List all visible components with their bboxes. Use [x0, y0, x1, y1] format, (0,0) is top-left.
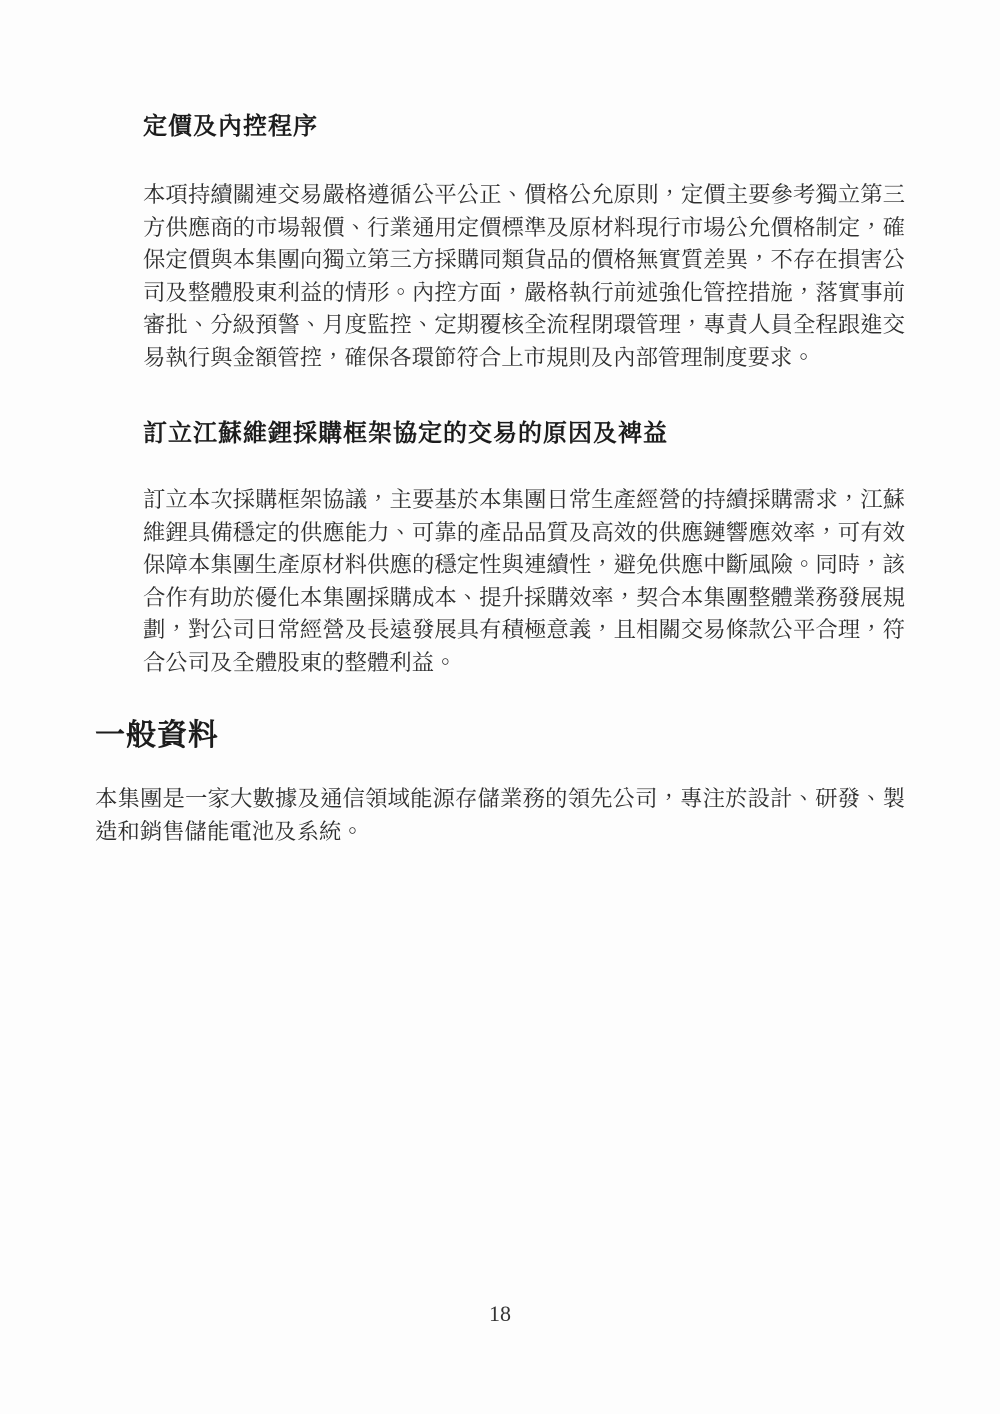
- section-paragraph-pricing-internal-control: 本項持續關連交易嚴格遵循公平公正、價格公允原則，定價主要參考獨立第三方供應商的市…: [143, 179, 905, 374]
- page-content: 定價及內控程序 本項持續關連交易嚴格遵循公平公正、價格公允原則，定價主要參考獨立…: [0, 0, 1000, 848]
- section-reasons-benefits: 訂立江蘇維鋰採購框架協定的交易的原因及裨益 訂立本次採購框架協議，主要基於本集團…: [143, 420, 905, 679]
- section-heading-reasons-benefits: 訂立江蘇維鋰採購框架協定的交易的原因及裨益: [143, 420, 905, 448]
- section-paragraph-general-information: 本集團是一家大數據及通信領域能源存儲業務的領先公司，專注於設計、研發、製造和銷售…: [95, 783, 905, 848]
- page-number: 18: [0, 1301, 1000, 1327]
- section-pricing-internal-control: 定價及內控程序 本項持續關連交易嚴格遵循公平公正、價格公允原則，定價主要參考獨立…: [143, 113, 905, 374]
- document-page: 定價及內控程序 本項持續關連交易嚴格遵循公平公正、價格公允原則，定價主要參考獨立…: [0, 0, 1000, 1414]
- section-heading-pricing-internal-control: 定價及內控程序: [143, 113, 905, 141]
- section-heading-general-information: 一般資料: [95, 719, 905, 753]
- section-general-information: 一般資料 本集團是一家大數據及通信領域能源存儲業務的領先公司，專注於設計、研發、…: [95, 719, 905, 848]
- section-paragraph-reasons-benefits: 訂立本次採購框架協議，主要基於本集團日常生產經營的持續採購需求，江蘇維鋰具備穩定…: [143, 484, 905, 679]
